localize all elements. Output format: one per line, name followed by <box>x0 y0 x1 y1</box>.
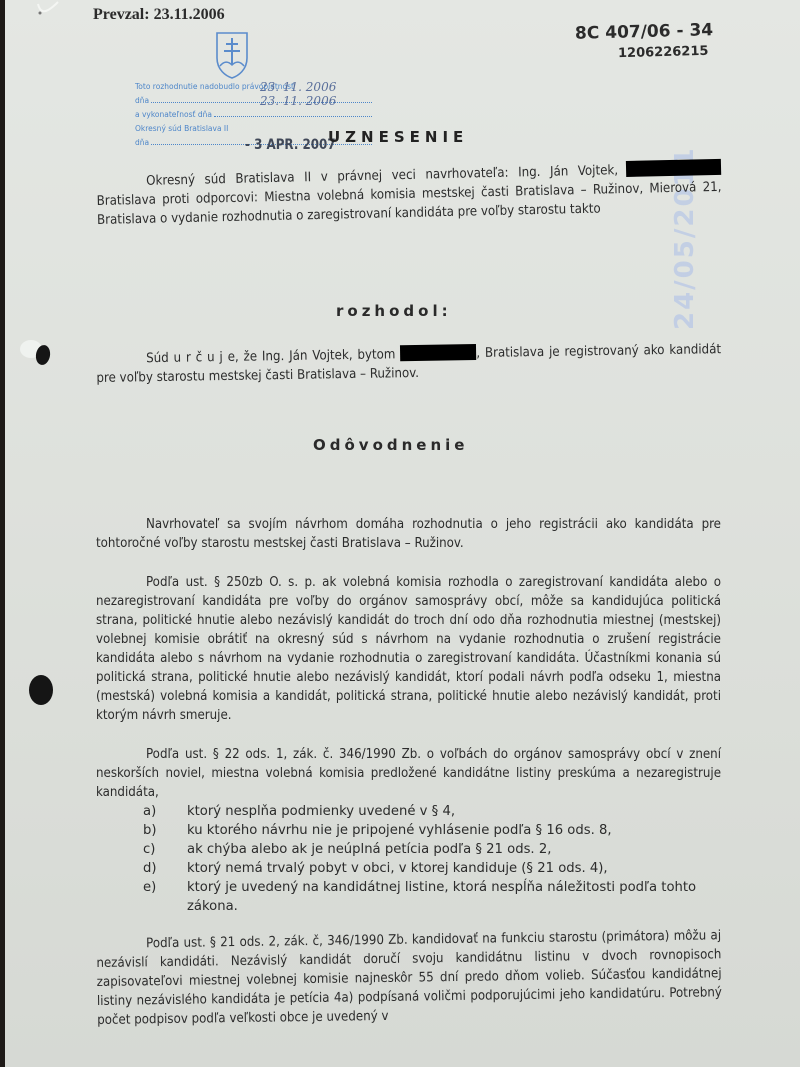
reasoning-paragraph-2: Podľa ust. § 250zb O. s. p. ak volebná k… <box>96 573 721 725</box>
stamp-line-5: dňa <box>135 136 149 150</box>
list-item: c)ak chýba alebo ak je neúplná petícia p… <box>143 840 723 859</box>
paragraph-text: Podľa ust. § 21 ods. 2, zák. č, 346/1990… <box>96 928 722 1028</box>
list-item: a)ktorý nesplňa podmienky uvedené v § 4, <box>143 802 723 821</box>
stamp-line-4: Okresný súd Bratislava II <box>135 122 228 136</box>
paragraph-text: Podľa ust. § 250zb O. s. p. ak volebná k… <box>96 575 721 723</box>
document-title: UZNESENIE <box>328 128 468 146</box>
paragraph-text: Podľa ust. § 22 ods. 1, zák. č. 346/1990… <box>96 747 721 800</box>
pen-mark-icon <box>0 0 60 40</box>
decided-heading: rozhodol: <box>336 302 452 320</box>
page-shadow-edge <box>0 0 5 1067</box>
redacted-block <box>626 159 721 177</box>
reasoning-heading: Odôvodnenie <box>313 436 468 454</box>
case-number: 8C 407/06 - 34 <box>575 20 714 44</box>
decision-text-1: Súd u r č u j e, že Ing. Ján Vojtek, byt… <box>146 347 396 366</box>
reasoning-paragraph-1: Navrhovateľ sa svojím návrhom domáha roz… <box>96 515 721 553</box>
received-date: Prevzal: 23.11.2006 <box>93 6 225 24</box>
case-id: 1206226215 <box>618 44 709 61</box>
decision-paragraph: Súd u r č u j e, že Ing. Ján Vojtek, byt… <box>96 340 722 388</box>
list-item: e)ktorý je uvedený na kandidátnej listin… <box>143 878 723 916</box>
conditions-list: a)ktorý nesplňa podmienky uvedené v § 4,… <box>143 802 723 916</box>
list-item: b)ku ktorého návrhu nie je pripojené vyh… <box>143 821 723 840</box>
date-stamp: - 3 APR. 2007 <box>245 138 336 152</box>
slovak-coat-of-arms-icon <box>214 30 250 80</box>
stamp-line-3: a vykonateľnosť dňa <box>135 108 212 122</box>
intro-paragraph: Okresný súd Bratislava II v právnej veci… <box>96 159 722 230</box>
paragraph-text: Navrhovateľ sa svojím návrhom domáha roz… <box>96 517 721 551</box>
stamp-line-2: dňa <box>135 94 149 108</box>
redacted-block <box>400 344 476 361</box>
reasoning-paragraph-3: Podľa ust. § 22 ods. 1, zák. č. 346/1990… <box>96 745 721 802</box>
handwritten-date-1: 23. 11. 2006 <box>260 80 336 94</box>
list-item: d)ktorý nemá trvalý pobyt v obci, v ktor… <box>143 859 723 878</box>
scanned-document-page: Prevzal: 23.11.2006 8C 407/06 - 34 12062… <box>0 0 800 1067</box>
handwritten-date-2: 23. 11. 2006 <box>260 94 336 108</box>
reasoning-paragraph-4: Podľa ust. § 21 ods. 2, zák. č, 346/1990… <box>96 926 722 1030</box>
punch-hole-bottom <box>29 675 53 705</box>
